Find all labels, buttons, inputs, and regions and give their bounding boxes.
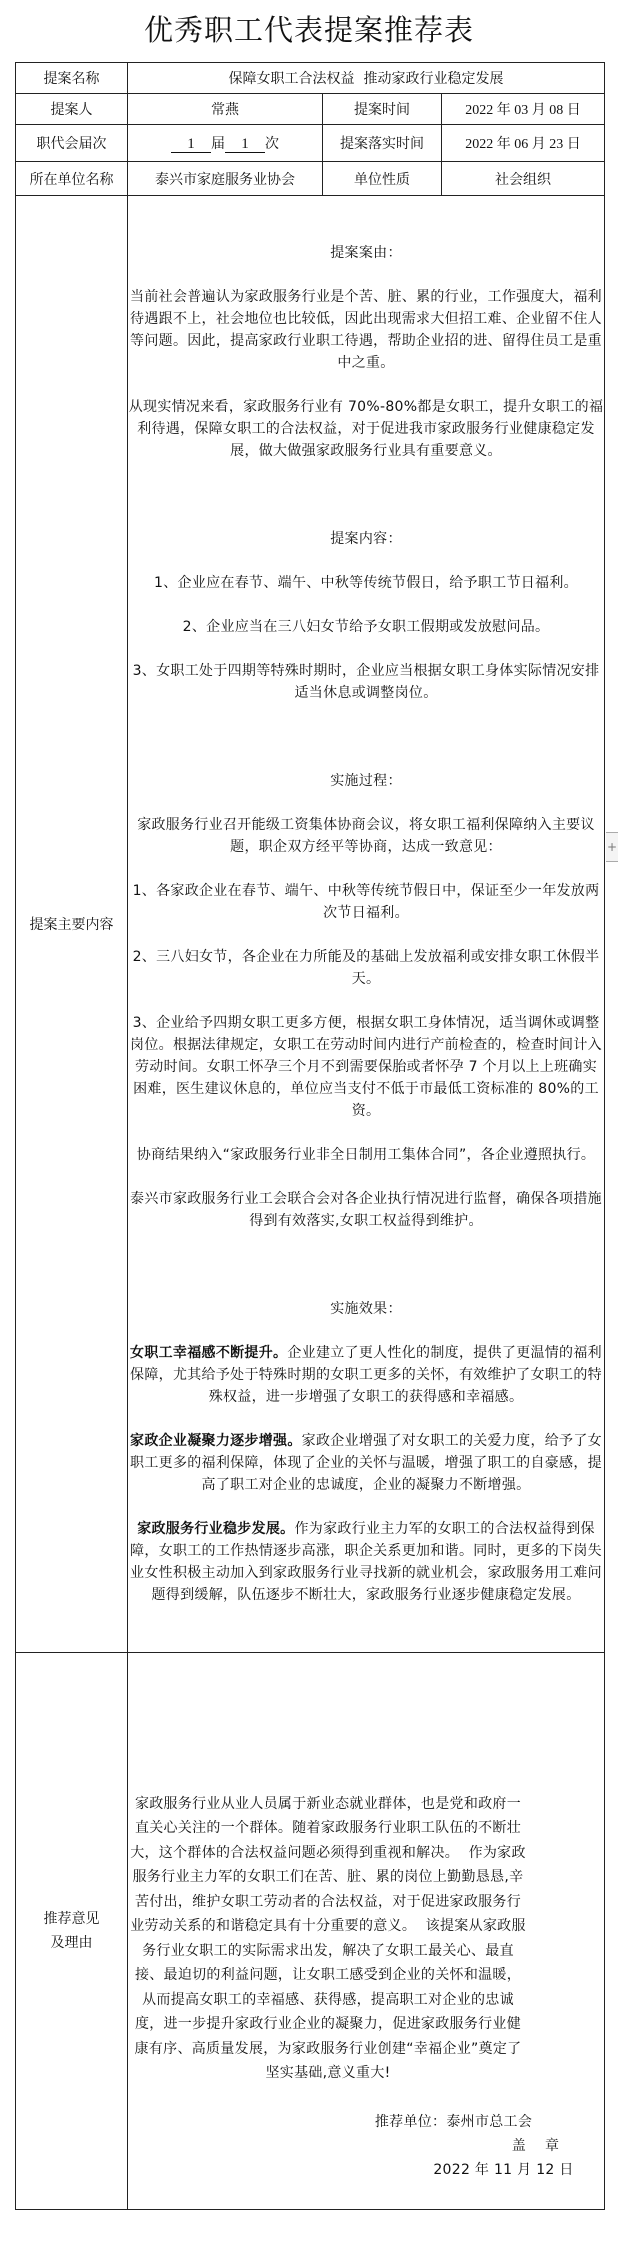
congress-session-label: 职代会届次 [16,125,128,162]
content-item: 3、女职工处于四期等特殊时期时，企业应当根据女职工身体实际情况安排适当休息或调整… [128,660,604,704]
effect-item: 女职工幸福感不断提升。企业建立了更人性化的制度，提供了更温情的福利保障，尤其给予… [128,1342,604,1408]
organization-type-value: 社会组织 [442,162,605,196]
session-unit: 届 [211,136,225,152]
proposal-time-value: 2022 年 03 月 08 日 [442,94,605,125]
main-content-label: 提案主要内容 [16,196,128,1653]
side-expand-button[interactable]: + [606,832,618,862]
proposal-name-value: 保障女职工合法权益 推动家政行业稳定发展 [128,63,605,94]
row-proposal-name: 提案名称 保障女职工合法权益 推动家政行业稳定发展 [16,63,605,94]
row-proposer: 提案人 常燕 提案时间 2022 年 03 月 08 日 [16,94,605,125]
recommendation-label-line1: 推荐意见 [16,1907,127,1931]
plus-icon: + [607,840,617,854]
reason-paragraph: 当前社会普遍认为家政服务行业是个苦、脏、累的行业，工作强度大，福利待遇跟不上，社… [128,286,604,374]
content-item: 2、企业应当在三八妇女节给予女职工假期或发放慰问品。 [128,616,604,638]
process-item: 1、各家政企业在春节、端午、中秋等传统节假日中，保证至少一年发放两次节日福利。 [128,880,604,924]
main-content-body: 提案案由： 当前社会普遍认为家政服务行业是个苦、脏、累的行业，工作强度大，福利待… [128,196,605,1653]
process-item: 3、企业给予四期女职工更多方便，根据女职工身体情况，适当调休或调整岗位。根据法律… [128,1012,604,1122]
meeting-unit: 次 [265,136,279,152]
proposer-value: 常燕 [128,94,323,125]
effect-heading: 实施效果： [128,1298,604,1320]
process-supervision: 泰兴市家政服务行业工会联合会对各企业执行情况进行监督，确保各项措施得到有效落实,… [128,1188,604,1232]
recommendation-label: 推荐意见 及理由 [16,1653,128,2210]
meeting-number: 1 [225,136,265,153]
process-result: 协商结果纳入“家政服务行业非全日制用工集体合同”，各企业遵照执行。 [128,1144,604,1166]
effect-title: 女职工幸福感不断提升。 [130,1345,287,1361]
session-number: 1 [171,136,211,153]
row-main-content: 提案主要内容 提案案由： 当前社会普遍认为家政服务行业是个苦、脏、累的行业，工作… [16,196,605,1653]
process-heading: 实施过程： [128,770,604,792]
row-organization: 所在单位名称 泰兴市家庭服务业协会 单位性质 社会组织 [16,162,605,196]
implementation-time-value: 2022 年 06 月 23 日 [442,125,605,162]
reason-paragraph: 从现实情况来看，家政服务行业有 70%-80%都是女职工，提升女职工的福利待遇，… [128,396,604,462]
recommendation-date: 2022 年 11 月 12 日 [303,2158,604,2182]
row-recommendation: 推荐意见 及理由 家政服务行业从业人员属于新业态就业群体，也是党和政府一直关心关… [16,1653,605,2210]
page-title: 优秀职工代表提案推荐表 [0,8,618,52]
effect-item: 家政企业凝聚力逐步增强。家政企业增强了对女职工的关爱力度，给予了女职工更多的福利… [128,1430,604,1496]
organization-value: 泰兴市家庭服务业协会 [128,162,323,196]
recommendation-label-line2: 及理由 [16,1931,127,1955]
effect-title: 家政企业凝聚力逐步增强。 [130,1433,302,1449]
reason-heading: 提案案由： [128,242,604,264]
recommending-unit: 推荐单位：泰州市总工会 [303,2110,604,2134]
congress-session-value: 1届1次 [128,125,323,162]
recommendation-body: 家政服务行业从业人员属于新业态就业群体，也是党和政府一直关心关注的一个群体。随着… [128,1653,605,2210]
row-session: 职代会届次 1届1次 提案落实时间 2022 年 06 月 23 日 [16,125,605,162]
process-intro: 家政服务行业召开能级工资集体协商会议，将女职工福利保障纳入主要议题，职企双方经平… [128,814,604,858]
proposer-label: 提案人 [16,94,128,125]
organization-type-label: 单位性质 [323,162,442,196]
organization-label: 所在单位名称 [16,162,128,196]
effect-title: 家政服务行业稳步发展。 [137,1521,294,1537]
seal-label: 盖 章 [303,2134,604,2158]
recommendation-text: 家政服务行业从业人员属于新业态就业群体，也是党和政府一直关心关注的一个群体。随着… [128,1792,528,2086]
implementation-time-label: 提案落实时间 [323,125,442,162]
content-heading: 提案内容： [128,528,604,550]
content-item: 1、企业应在春节、端午、中秋等传统节假日，给予职工节日福利。 [128,572,604,594]
signature-block: 推荐单位：泰州市总工会 盖 章 2022 年 11 月 12 日 [128,2110,604,2182]
effect-item: 家政服务行业稳步发展。作为家政行业主力军的女职工的合法权益得到保障，女职工的工作… [128,1518,604,1606]
proposal-name-label: 提案名称 [16,63,128,94]
process-item: 2、三八妇女节，各企业在力所能及的基础上发放福利或安排女职工休假半天。 [128,946,604,990]
proposal-time-label: 提案时间 [323,94,442,125]
proposal-form-table: 提案名称 保障女职工合法权益 推动家政行业稳定发展 提案人 常燕 提案时间 20… [15,62,605,2210]
